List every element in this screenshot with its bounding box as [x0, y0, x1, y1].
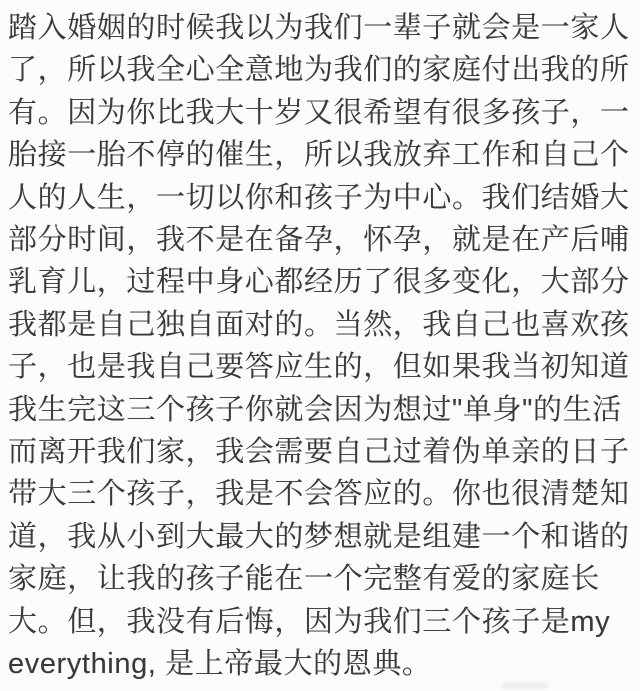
paragraph-text: 踏入婚姻的时候我以为我们一辈子就会是一家人 了，所以我全心全意地为我们的家庭付出… [8, 7, 634, 686]
text-page: 踏入婚姻的时候我以为我们一辈子就会是一家人 了，所以我全心全意地为我们的家庭付出… [0, 0, 640, 691]
watermark-smudge [502, 682, 548, 689]
